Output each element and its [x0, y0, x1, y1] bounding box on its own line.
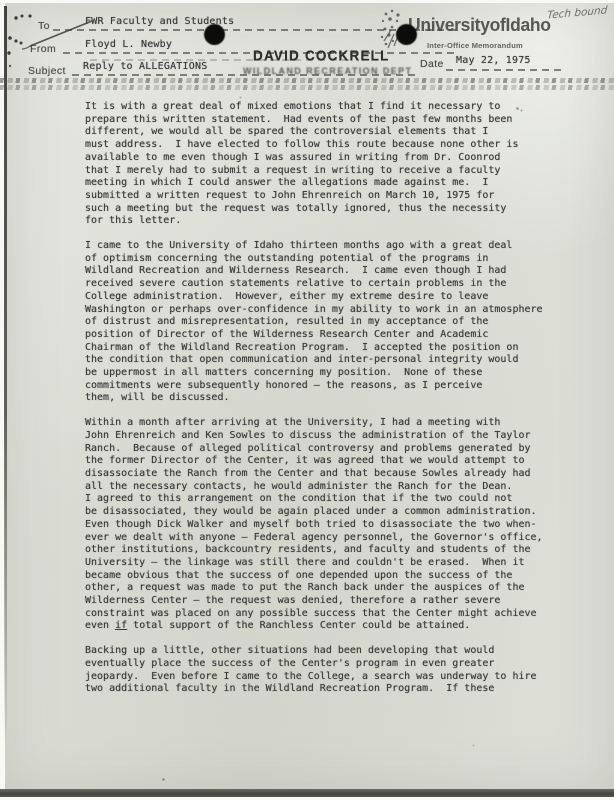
stamp-department: WILDLAND RECREATION DEPT	[243, 66, 413, 76]
paragraph-3-text: Within a month after arriving at the Uni…	[85, 417, 543, 631]
memo-body: It is with a great deal of mixed emotion…	[85, 101, 567, 696]
paragraph-3-underlined-word: if	[115, 620, 127, 631]
memorandum-subtitle: Inter-Office Memorandum	[427, 41, 523, 50]
paper-bottom-edge-shadow	[0, 789, 614, 797]
paragraph-1: It is with a great deal of mixed emotion…	[85, 101, 567, 228]
header-separator-hatch-bottom	[0, 85, 614, 90]
hole-punch-left	[204, 24, 225, 45]
date-label: Date	[420, 58, 444, 70]
header-separator-hatch-top	[0, 78, 614, 83]
pen-scribble-mark	[4, 10, 99, 62]
university-logo: UniversityofIdaho	[408, 15, 551, 37]
paragraph-4: Backing up a little, other situations ha…	[85, 645, 567, 696]
subject-value: Reply to ALLEGATIONS	[83, 61, 207, 72]
paragraph-3: Within a month after arriving at the Uni…	[85, 417, 567, 633]
subject-label: Subject	[28, 65, 66, 77]
paper-left-edge-shadow	[4, 6, 7, 746]
date-value: May 22, 1975	[456, 55, 531, 66]
stamp-name: DAVID COCKRELL	[253, 47, 390, 63]
scan-noise-specks	[0, 0, 1, 1]
date-underline	[446, 69, 564, 71]
paragraph-3-text-end: total support of the Ranchless Center co…	[127, 620, 470, 631]
paragraph-2: I came to the University of Idaho thirte…	[85, 240, 567, 405]
hole-punch-right	[396, 24, 417, 45]
pen-dot-mark	[5, 60, 19, 80]
